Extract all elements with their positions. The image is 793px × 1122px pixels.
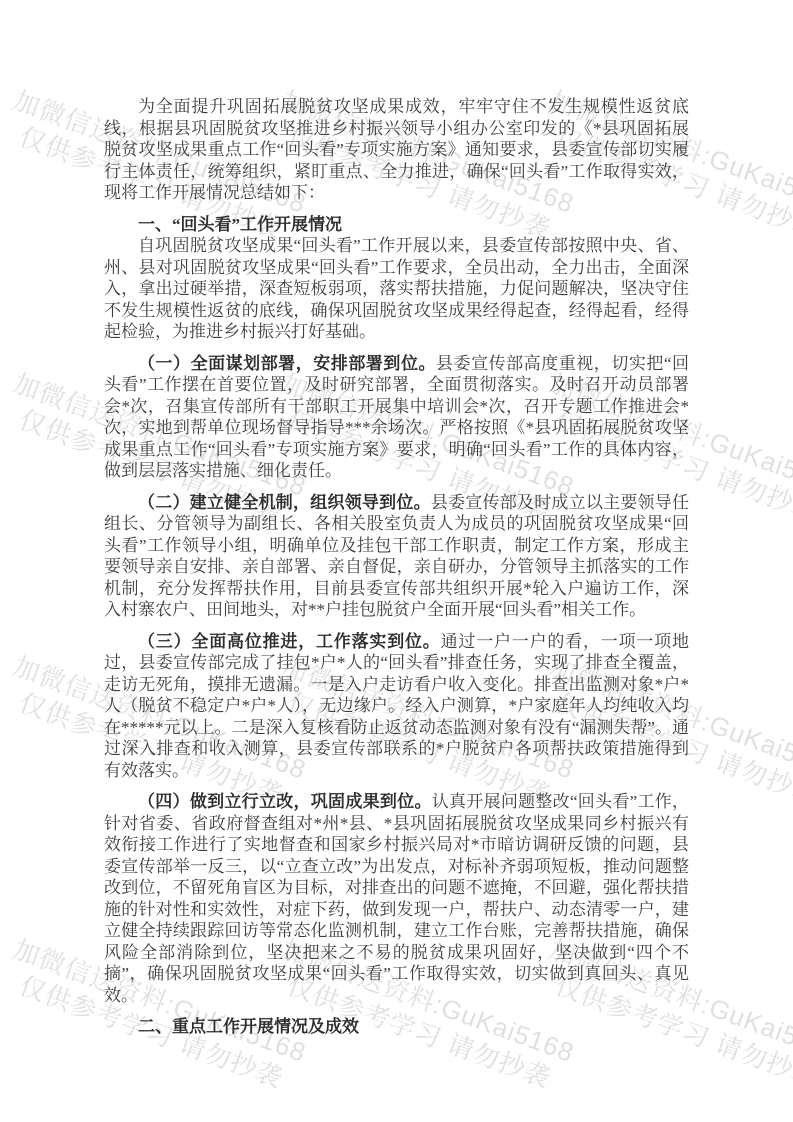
section-1-overview-paragraph: 自巩固脱贫攻坚成果“回头看”工作开展以来，县委宣传部按照中央、省、州、县对巩固脱… bbox=[104, 235, 689, 343]
section-1-heading: 一、“回头看”工作开展情况 bbox=[104, 214, 689, 236]
subsection-3-paragraph: （三）全面高位推进，工作落实到位。通过一户一户的看，一项一项地过，县委宣传部完成… bbox=[104, 631, 689, 782]
subsection-1-paragraph: （一）全面谋划部署，安排部署到位。县委宣传部高度重视，切实把“回头看”工作摆在首… bbox=[104, 353, 689, 482]
subsection-4-body: 认真开展问题整改“回头看”工作，针对省委、省政府督查组对*州*县、*县巩固拓展脱… bbox=[104, 792, 689, 1005]
intro-paragraph: 为全面提升巩固拓展脱贫攻坚成果成效，牢牢守住不发生规模性返贫底线，根据县巩固脱贫… bbox=[104, 96, 689, 204]
subsection-4-title: （四）做到立行立改，巩固成果到位。 bbox=[138, 792, 432, 811]
subsection-2-title: （二）建立健全机制，组织领导到位。 bbox=[138, 493, 431, 512]
subsection-3-title: （三）全面高位推进，工作落实到位。 bbox=[138, 632, 441, 651]
document-page: 为全面提升巩固拓展脱贫攻坚成果成效，牢牢守住不发生规模性返贫底线，根据县巩固脱贫… bbox=[0, 0, 793, 1038]
section-2-heading: 二、重点工作开展情况及成效 bbox=[104, 1016, 689, 1038]
subsection-4-paragraph: （四）做到立行立改，巩固成果到位。认真开展问题整改“回头看”工作，针对省委、省政… bbox=[104, 791, 689, 1006]
subsection-1-title: （一）全面谋划部署，安排部署到位。 bbox=[138, 354, 436, 373]
subsection-3-body: 通过一户一户的看，一项一项地过，县委宣传部完成了挂包*户*人的“回头看”排查任务… bbox=[104, 632, 689, 780]
subsection-2-paragraph: （二）建立健全机制，组织领导到位。县委宣传部及时成立以主要领导任组长、分管领导为… bbox=[104, 492, 689, 621]
